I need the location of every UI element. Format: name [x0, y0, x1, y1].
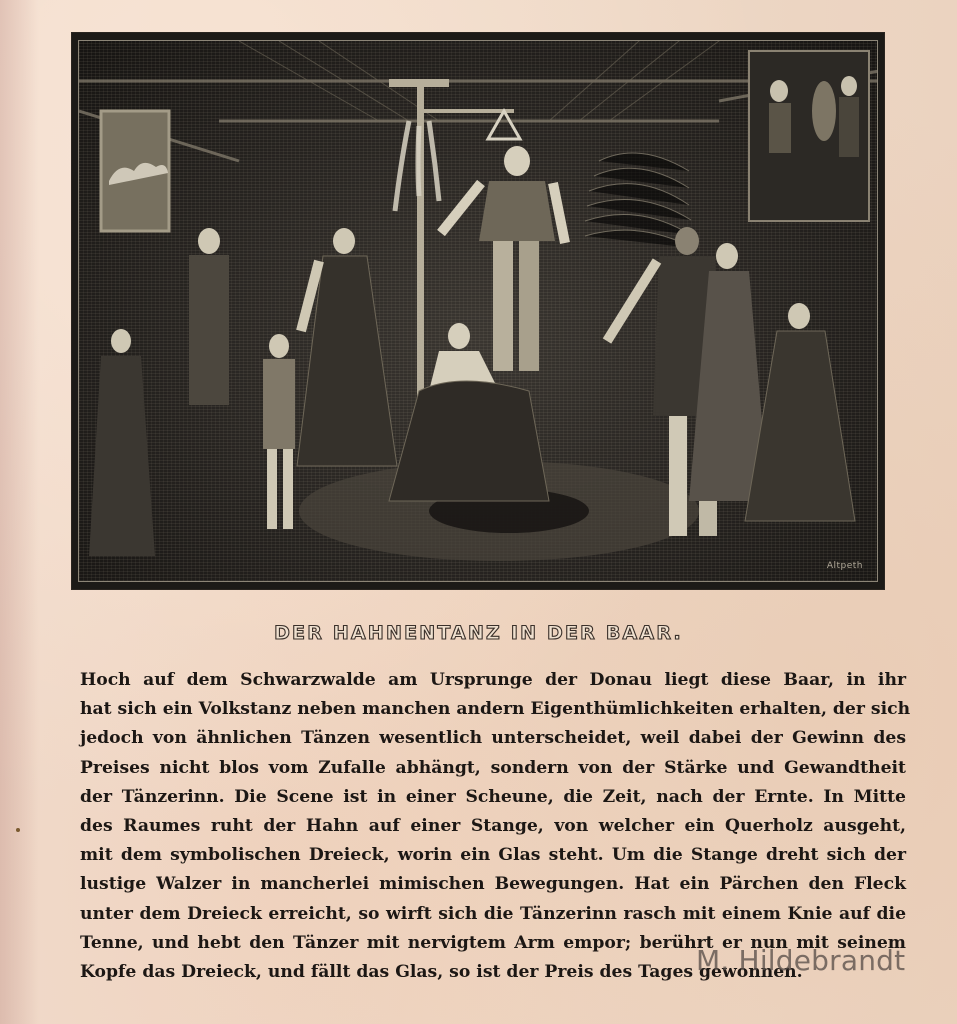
scanned-book-page: Altpeth DER HAHNENTANZ IN DER BAAR. Hoch… [0, 0, 957, 1024]
caption-title: DER HAHNENTANZ IN DER BAAR. [0, 622, 957, 644]
text-line: Hoch auf dem Schwarzwalde am Ursprunge d… [80, 666, 906, 695]
engraving-scene: Altpeth [78, 40, 878, 582]
paper-stain [16, 828, 20, 832]
text-line: unter dem Dreieck erreicht, so wirft sic… [80, 900, 906, 929]
text-line: der Tänzerinn. Die Scene ist in einer Sc… [80, 783, 906, 812]
engraver-signature: Altpeth [827, 561, 863, 571]
text-line: mit dem symbolischen Dreieck, worin ein … [80, 841, 906, 870]
text-line: des Raumes ruht der Hahn auf einer Stang… [80, 812, 906, 841]
text-line: hat sich ein Volkstanz neben manchen and… [80, 695, 906, 724]
engraving-illustration: Altpeth [72, 33, 884, 589]
watermark: M. Hildebrandt [696, 944, 905, 977]
body-paragraph: Hoch auf dem Schwarzwalde am Ursprunge d… [80, 666, 906, 987]
barn-dance-scene-illustration [79, 41, 878, 581]
text-line: jedoch von ähnlichen Tänzen wesentlich u… [80, 724, 906, 753]
text-line: lustige Walzer in mancherlei mimischen B… [80, 870, 906, 899]
page-gutter-shadow [0, 0, 38, 1024]
text-line: Preises nicht blos vom Zufalle abhängt, … [80, 754, 906, 783]
